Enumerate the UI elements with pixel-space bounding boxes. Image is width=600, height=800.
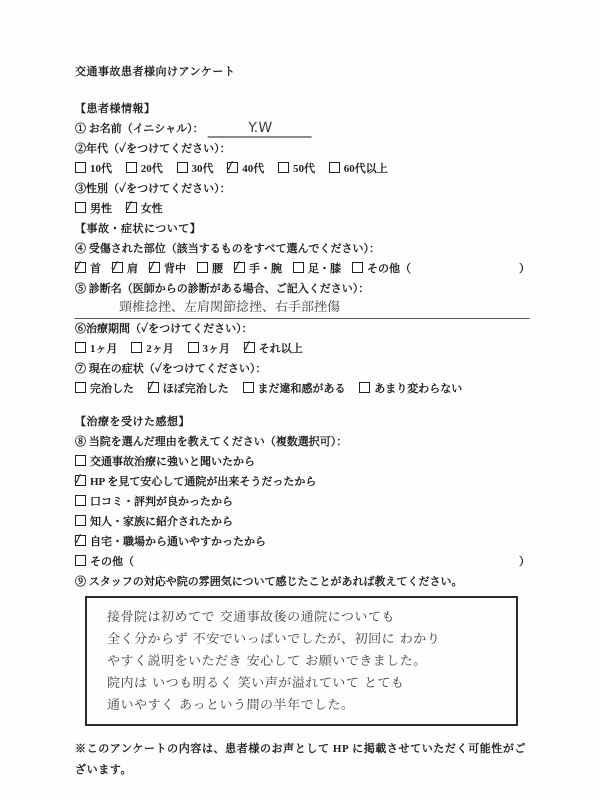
checkbox-label: 女性	[141, 199, 163, 219]
checkbox-label: 50代	[293, 159, 315, 179]
checkbox-label: あまり変わらない	[374, 379, 462, 399]
checkbox[interactable]	[293, 262, 304, 273]
checkbox[interactable]	[131, 342, 142, 353]
question-body-parts-label: ④ 受傷された部位（該当するものをすべて選んでください）：	[75, 239, 530, 259]
checkbox[interactable]	[243, 382, 254, 393]
checkbox-label: 手・腕	[249, 259, 282, 279]
comment-line: やすく説明をいただき 安心して お願いできました。	[107, 651, 507, 673]
checkbox[interactable]	[75, 455, 86, 466]
comment-line: 接骨院は初めてで 交通事故後の通院についても	[107, 607, 507, 629]
checkbox-label: 知人・家族に紹介されたから	[90, 512, 233, 532]
checkbox[interactable]	[75, 382, 86, 393]
symptoms-options-row: 完治した ほぼ完治した まだ違和感がある あまり変わらない	[75, 379, 530, 399]
checkbox-label: 自宅・職場から通いやすかったから	[90, 532, 266, 552]
checkbox-part-shoulder[interactable]: 肩	[112, 259, 138, 279]
checkbox[interactable]	[126, 202, 137, 213]
checkbox-duration-1month[interactable]: 1ヶ月	[75, 339, 118, 359]
checkbox-label: その他（	[367, 259, 411, 279]
reason-row-other: その他（ ）	[75, 552, 530, 572]
section-heading-accident: 【事故・症状について】	[75, 219, 530, 239]
checkbox[interactable]	[188, 342, 199, 353]
checkbox[interactable]	[352, 262, 363, 273]
reason-row: 自宅・職場から通いやすかったから	[75, 532, 530, 552]
checkbox-label: それ以上	[259, 339, 303, 359]
scanned-questionnaire-page: 交通事故患者様向けアンケート 【患者様情報】 ① お名前（イニシャル）：Y.W …	[0, 0, 600, 800]
checkbox-label: 3ヶ月	[203, 339, 231, 359]
checkbox-label: 完治した	[90, 379, 134, 399]
staff-comment-box[interactable]: 接骨院は初めてで 交通事故後の通院についても 全く分からず 不安でいっぱいでした…	[85, 596, 518, 726]
checkbox-duration-2months[interactable]: 2ヶ月	[131, 339, 174, 359]
checkbox[interactable]	[75, 262, 86, 273]
checkbox-label: 肩	[127, 259, 138, 279]
checkbox-part-hand-arm[interactable]: 手・腕	[234, 259, 282, 279]
checkbox-label: 足・膝	[308, 259, 341, 279]
checkbox-part-back[interactable]: 背中	[149, 259, 186, 279]
checkbox[interactable]	[75, 515, 86, 526]
checkbox[interactable]	[75, 475, 86, 486]
checkbox-label: 首	[90, 259, 101, 279]
page-title: 交通事故患者様向けアンケート	[75, 62, 530, 82]
reason-row: 知人・家族に紹介されたから	[75, 512, 530, 532]
checkbox[interactable]	[126, 162, 137, 173]
question-age-label: ②年代（✓をつけてください）：	[75, 139, 530, 159]
checkbox-label: 20代	[141, 159, 163, 179]
duration-options-row: 1ヶ月 2ヶ月 3ヶ月 それ以上	[75, 339, 530, 359]
gender-options-row: 男性 女性	[75, 199, 530, 219]
checkbox-label: 1ヶ月	[90, 339, 118, 359]
checkbox[interactable]	[227, 162, 238, 173]
checkbox-label: 交通事故治療に強いと聞いたから	[90, 452, 255, 472]
checkbox-label: まだ違和感がある	[258, 379, 346, 399]
checkbox-label: 30代	[192, 159, 214, 179]
checkbox-symptom-cured[interactable]: 完治した	[75, 379, 134, 399]
checkbox-label: その他（	[90, 552, 134, 572]
checkbox-age-20s[interactable]: 20代	[126, 159, 163, 179]
checkbox-reason-hp[interactable]: HP を見て安心して通院が出来そうだったから	[75, 472, 316, 492]
checkbox[interactable]	[329, 162, 340, 173]
other-close-paren: ）	[519, 259, 530, 279]
footer-note: ※このアンケートの内容は、患者様のお声として HP に掲載させていただく可能性が…	[75, 739, 530, 781]
form-content: 交通事故患者様向けアンケート 【患者様情報】 ① お名前（イニシャル）：Y.W …	[75, 62, 530, 781]
question-reasons-label: ⑧ 当院を選んだ理由を教えてください（複数選択可）：	[75, 432, 530, 452]
checkbox-label: 背中	[164, 259, 186, 279]
checkbox-reason-reviews[interactable]: 口コミ・評判が良かったから	[75, 492, 233, 512]
question-gender-label: ③性別（✓をつけてください）：	[75, 179, 530, 199]
checkbox-part-leg-knee[interactable]: 足・膝	[293, 259, 341, 279]
checkbox-label: HP を見て安心して通院が出来そうだったから	[90, 472, 316, 492]
checkbox-label: 40代	[242, 159, 264, 179]
checkbox[interactable]	[278, 162, 289, 173]
question-duration-label: ⑥治療期間（✓をつけてください）：	[75, 319, 530, 339]
checkbox-label: 10代	[90, 159, 112, 179]
checkbox-symptom-no-change[interactable]: あまり変わらない	[359, 379, 462, 399]
checkbox-reason-convenient[interactable]: 自宅・職場から通いやすかったから	[75, 532, 266, 552]
checkbox-duration-more[interactable]: それ以上	[244, 339, 303, 359]
comment-line: 全く分からず 不安でいっぱいでしたが、初回に わかり	[107, 629, 507, 651]
other-reason-close-paren: ）	[519, 552, 530, 572]
checkbox-label: ほぼ完治した	[163, 379, 229, 399]
checkbox-symptom-almost-cured[interactable]: ほぼ完治した	[148, 379, 229, 399]
checkbox-duration-3months[interactable]: 3ヶ月	[188, 339, 231, 359]
comment-line: 院内は いつも明るく 笑い声が溢れていて とても	[107, 673, 507, 695]
checkbox[interactable]	[75, 535, 86, 546]
checkbox-label: 腰	[212, 259, 223, 279]
question-staff-comment-label: ⑨ スタッフの対応や院の雰囲気について感じたことがあれば教えてください。	[75, 572, 530, 592]
body-parts-options-row: 首 肩 背中 腰 手・腕 足・膝 その他（ ）	[75, 259, 530, 279]
section-heading-impressions: 【治療を受けた感想】	[75, 412, 530, 432]
checkbox-label: 男性	[90, 199, 112, 219]
checkbox-reason-strong-in-accident[interactable]: 交通事故治療に強いと聞いたから	[75, 452, 255, 472]
checkbox-label: 2ヶ月	[146, 339, 174, 359]
checkbox-part-waist[interactable]: 腰	[197, 259, 223, 279]
age-options-row: 10代 20代 30代 40代 50代 60代以上	[75, 159, 530, 179]
reason-row: 口コミ・評判が良かったから	[75, 492, 530, 512]
checkbox[interactable]	[75, 342, 86, 353]
checkbox[interactable]	[359, 382, 370, 393]
checkbox[interactable]	[234, 262, 245, 273]
checkbox[interactable]	[75, 495, 86, 506]
checkbox-age-60s-plus[interactable]: 60代以上	[329, 159, 388, 179]
checkbox-reason-referral[interactable]: 知人・家族に紹介されたから	[75, 512, 233, 532]
checkbox-age-50s[interactable]: 50代	[278, 159, 315, 179]
checkbox-part-neck[interactable]: 首	[75, 259, 101, 279]
checkbox-label: 60代以上	[344, 159, 388, 179]
checkbox-label: 口コミ・評判が良かったから	[90, 492, 233, 512]
checkbox-age-40s[interactable]: 40代	[227, 159, 264, 179]
checkbox-age-10s[interactable]: 10代	[75, 159, 112, 179]
checkbox-symptom-discomfort[interactable]: まだ違和感がある	[243, 379, 346, 399]
question-symptoms-label: ⑦ 現在の症状（✓をつけてください）：	[75, 359, 530, 379]
name-initial-field[interactable]: Y.W	[207, 121, 312, 138]
checkbox[interactable]	[197, 262, 208, 273]
checkbox[interactable]	[75, 555, 86, 566]
comment-line: 通いやすく あっという間の半年でした。	[107, 695, 507, 717]
reason-row: HP を見て安心して通院が出来そうだったから	[75, 472, 530, 492]
question-name-row: ① お名前（イニシャル）：Y.W	[75, 119, 530, 139]
checkbox-part-other[interactable]: その他（	[352, 259, 411, 279]
checkbox-age-30s[interactable]: 30代	[177, 159, 214, 179]
checkbox[interactable]	[112, 262, 123, 273]
checkbox[interactable]	[148, 382, 159, 393]
checkbox-gender-male[interactable]: 男性	[75, 199, 112, 219]
checkbox[interactable]	[177, 162, 188, 173]
question-diagnosis-label: ⑤ 診断名（医師からの診断がある場合、ご記入ください）：	[75, 279, 530, 299]
question-name-label: ① お名前（イニシャル）：	[75, 123, 204, 135]
checkbox[interactable]	[244, 342, 255, 353]
diagnosis-handwritten-field[interactable]: 頸椎捻挫、左肩関節捻挫、右手部挫傷	[75, 299, 531, 319]
section-heading-patient-info: 【患者様情報】	[75, 99, 530, 119]
checkbox-reason-other[interactable]: その他（	[75, 552, 134, 572]
reason-row: 交通事故治療に強いと聞いたから	[75, 452, 530, 472]
checkbox[interactable]	[75, 162, 86, 173]
checkbox[interactable]	[149, 262, 160, 273]
checkbox-gender-female[interactable]: 女性	[126, 199, 163, 219]
checkbox[interactable]	[75, 202, 86, 213]
